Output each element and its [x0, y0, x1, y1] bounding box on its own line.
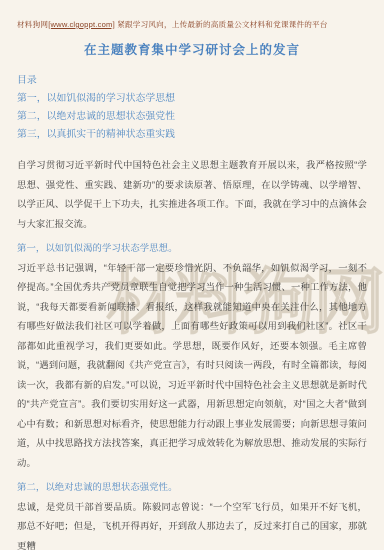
document-page: 材料狗网[www.clgoppt.com] 紧跟学习风向，上传最新的高质量公文材…: [0, 20, 384, 550]
toc-items: 第一，以如饥似渴的学习状态学思想第二，以绝对忠诚的思想状态强党性第三，以真抓实干…: [17, 90, 367, 144]
toc-label: 目录: [17, 72, 367, 90]
site-name: 材料狗网: [17, 20, 48, 29]
toc-item: 第三，以真抓实干的精神状态重实践: [17, 126, 367, 144]
body-paragraph: 习近平总书记强调，“年轻干部一定要珍惜光阴、不负韶华，如饥似渴学习，一刻不停提高…: [17, 259, 367, 474]
site-header: 材料狗网[www.clgoppt.com] 紧跟学习风向，上传最新的高质量公文材…: [17, 20, 367, 30]
toc-item: 第二，以绝对忠诚的思想状态强党性: [17, 108, 367, 126]
document-body: 自学习贯彻习近平新时代中国特色社会主义思想主题教育开展以来，我严格按照“学思想、…: [17, 156, 367, 550]
table-of-contents: 目录 第一，以如饥似渴的学习状态学思想第二，以绝对忠诚的思想状态强党性第三，以真…: [17, 72, 367, 144]
section-heading: 第二，以绝对忠诚的思想状态强党性。: [17, 478, 367, 498]
section-heading: 第一，以如饥似渴的学习状态学思想。: [17, 239, 367, 259]
body-paragraph: 自学习贯彻习近平新时代中国特色社会主义思想主题教育开展以来，我严格按照“学思想、…: [17, 156, 367, 234]
body-paragraph: 忠诚，是党员干部首要品质。陈毅同志曾说：“一个空军飞行员，如果开不好飞机，那总不…: [17, 498, 367, 550]
page-title: 在主题教育集中学习研讨会上的发言: [17, 40, 367, 58]
site-url-link[interactable]: [www.clgoppt.com]: [48, 20, 115, 29]
toc-item: 第一，以如饥似渴的学习状态学思想: [17, 90, 367, 108]
site-tagline: 紧跟学习风向，上传最新的高质量公文材料和党课课件的平台: [115, 20, 328, 29]
